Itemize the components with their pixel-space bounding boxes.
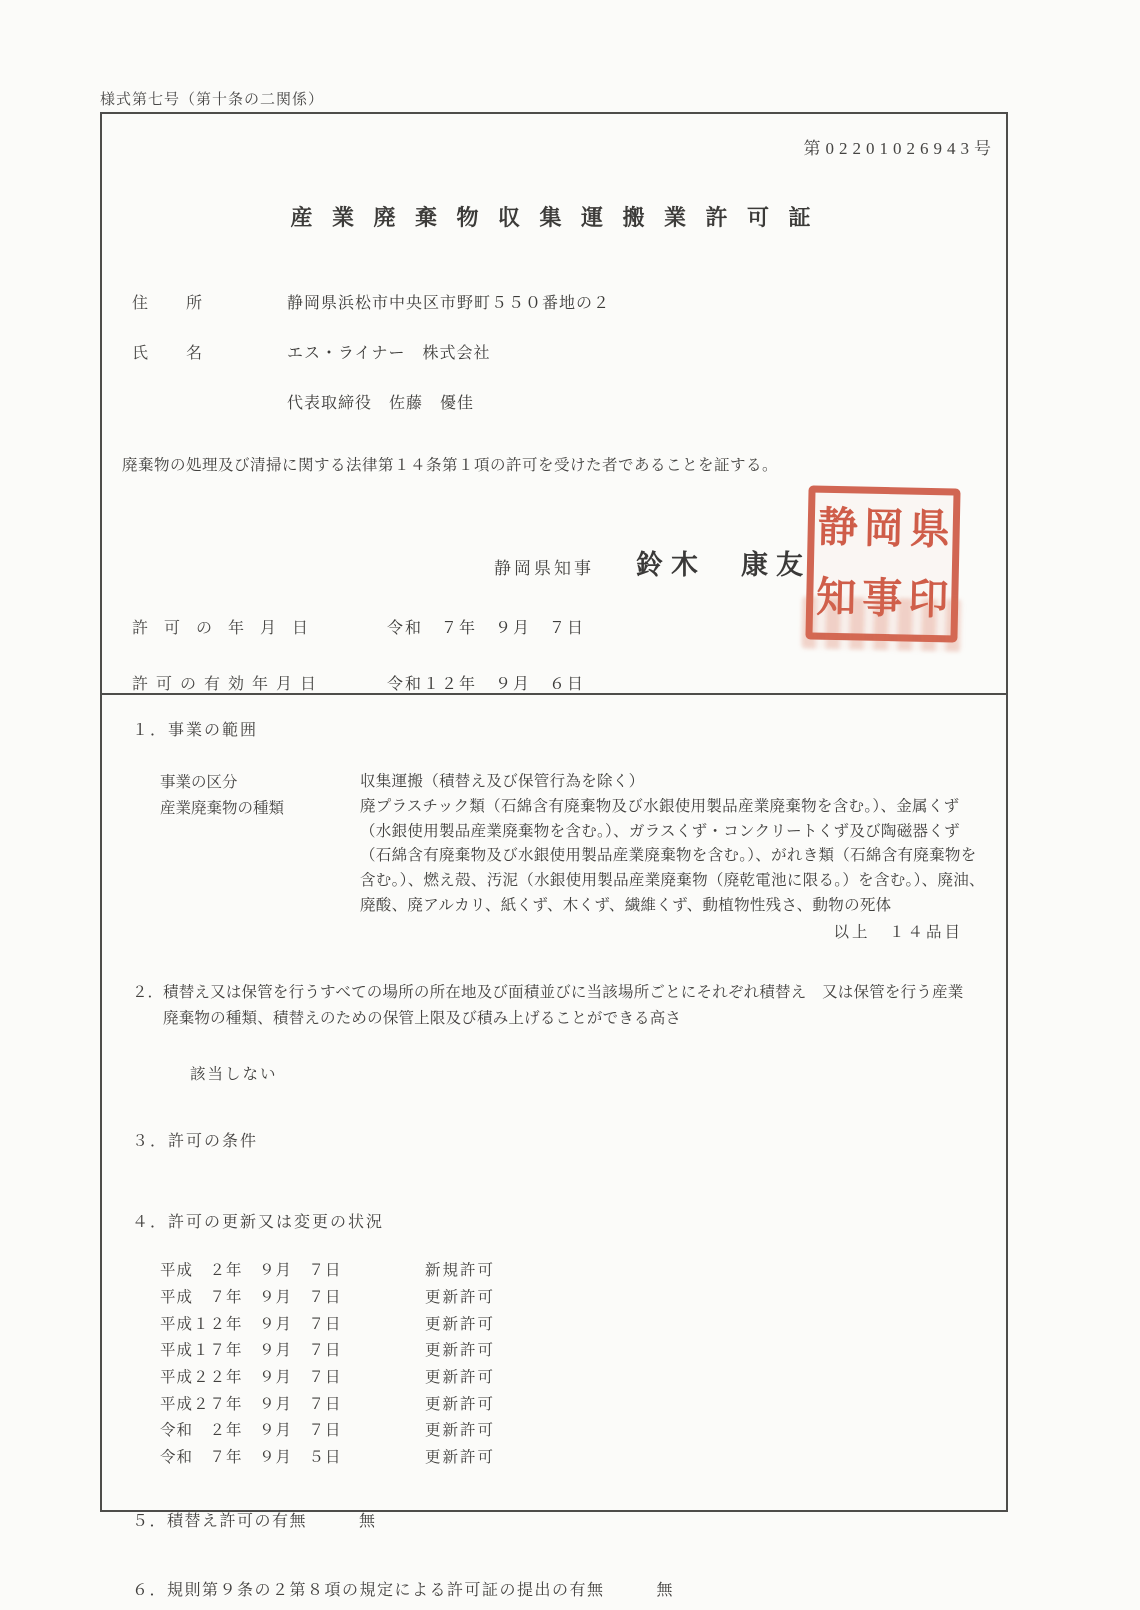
- history-row: 平成２７年 ９月 ７日 更新許可: [160, 1392, 1006, 1419]
- name-row: 氏 名 エス・ライナー 株式会社: [102, 340, 1006, 363]
- section5-label: ５．積替え許可の有無: [132, 1508, 307, 1531]
- history-date: 平成１７年 ９月 ７日: [160, 1338, 425, 1365]
- seal-char: 岡: [863, 508, 904, 551]
- history-type: 新規許可: [425, 1258, 495, 1285]
- business-scope-block: 事業の区分 産業廃棄物の種類 収集運搬（積替え及び保管行為を除く） 廃プラスチッ…: [102, 770, 1006, 946]
- history-row: 平成２２年 ９月 ７日 更新許可: [160, 1365, 1006, 1392]
- history-type: 更新許可: [425, 1418, 495, 1445]
- seal-char: 静: [817, 507, 858, 550]
- expiry-date-label: 許 可 の 有 効 年 月 日: [132, 671, 387, 694]
- expiry-date-row: 許 可 の 有 効 年 月 日 令和１２年 ９月 ６日: [102, 671, 1006, 694]
- section2-text-row: ２． 積替え又は保管を行うすべての場所の所在地及び面積並びに当該場所ごとにそれぞ…: [132, 980, 976, 1033]
- history-row: 平成１２年 ９月 ７日 更新許可: [160, 1312, 1006, 1339]
- history-type: 更新許可: [425, 1285, 495, 1312]
- seal-char: 県: [909, 509, 950, 552]
- permit-number: 第02201026943号: [102, 114, 1006, 159]
- section6-label: ６．規則第９条の２第８項の規定による許可証の提出の有無: [132, 1577, 605, 1600]
- history-date: 平成 ２年 ９月 ７日: [160, 1258, 425, 1285]
- history-type: 更新許可: [425, 1312, 495, 1339]
- section1-heading: １．事業の範囲: [102, 695, 1006, 740]
- permit-detail-section: １．事業の範囲 事業の区分 産業廃棄物の種類 収集運搬（積替え及び保管行為を除く…: [102, 695, 1006, 1600]
- scanned-permit-document: 様式第七号（第十条の二関係） 第02201026943号 産 業 廃 棄 物 収…: [0, 0, 1140, 1610]
- section5-row: ５．積替え許可の有無 無: [102, 1508, 1006, 1531]
- history-date: 平成２２年 ９月 ７日: [160, 1365, 425, 1392]
- name-label: 氏 名: [132, 340, 287, 363]
- form-number-label: 様式第七号（第十条の二関係）: [100, 88, 324, 109]
- permit-history-table: 平成 ２年 ９月 ７日 新規許可 平成 ７年 ９月 ７日 更新許可 平成１２年 …: [102, 1258, 1006, 1471]
- representative-row: 代表取締役 佐藤 優佳: [102, 390, 1006, 413]
- faint-second-seal-impression: [801, 596, 962, 651]
- section2-answer: 該当しない: [132, 1062, 976, 1084]
- business-category-label: 事業の区分: [160, 770, 360, 796]
- expiry-date-value: 令和１２年 ９月 ６日: [387, 671, 585, 694]
- scope-labels: 事業の区分 産業廃棄物の種類: [160, 770, 360, 946]
- holder-info-block: 住 所 静岡県浜松市中央区市野町５５０番地の２ 氏 名 エス・ライナー 株式会社…: [102, 290, 1006, 413]
- representative-value: 代表取締役 佐藤 優佳: [287, 390, 474, 413]
- history-row: 平成１７年 ９月 ７日 更新許可: [160, 1338, 1006, 1365]
- address-label: 住 所: [132, 290, 287, 313]
- section2-number: ２．: [132, 980, 163, 1033]
- certification-statement: 廃棄物の処理及び清掃に関する法律第１４条第１項の許可を受けた者であることを証する…: [102, 453, 1006, 475]
- issuer-title: 静岡県知事: [494, 554, 594, 579]
- history-type: 更新許可: [425, 1445, 495, 1472]
- permit-header-section: 第02201026943号 産 業 廃 棄 物 収 集 運 搬 業 許 可 証 …: [102, 114, 1006, 695]
- scope-values: 収集運搬（積替え及び保管行為を除く） 廃プラスチック類（石綿含有廃棄物及び水銀使…: [360, 770, 985, 946]
- issuer-name: 鈴木 康友: [636, 543, 811, 582]
- permit-date-value: 令和 ７年 ９月 ７日: [387, 615, 585, 638]
- section4-heading: ４．許可の更新又は変更の状況: [102, 1209, 1006, 1232]
- section6-answer: 無: [657, 1577, 674, 1600]
- address-value: 静岡県浜松市中央区市野町５５０番地の２: [287, 290, 610, 313]
- permit-date-label: 許 可 の 年 月 日: [132, 615, 387, 638]
- history-date: 平成 ７年 ９月 ７日: [160, 1285, 425, 1312]
- history-date: 平成１２年 ９月 ７日: [160, 1312, 425, 1339]
- waste-types-total: 以上 １４品目: [360, 921, 985, 946]
- history-type: 更新許可: [425, 1338, 495, 1365]
- representative-label-spacer: [132, 390, 287, 413]
- waste-types-label: 産業廃棄物の種類: [160, 796, 360, 822]
- history-date: 令和 ２年 ９月 ７日: [160, 1418, 425, 1445]
- section3-heading: ３．許可の条件: [102, 1128, 1006, 1151]
- permit-sheet-border: 第02201026943号 産 業 廃 棄 物 収 集 運 搬 業 許 可 証 …: [100, 112, 1008, 1512]
- section5-answer: 無: [359, 1508, 376, 1531]
- history-type: 更新許可: [425, 1392, 495, 1419]
- history-date: 令和 ７年 ９月 ５日: [160, 1445, 425, 1472]
- history-date: 平成２７年 ９月 ７日: [160, 1392, 425, 1419]
- section2-text: 積替え又は保管を行うすべての場所の所在地及び面積並びに当該場所ごとにそれぞれ積替…: [163, 980, 976, 1033]
- history-row: 平成 ２年 ９月 ７日 新規許可: [160, 1258, 1006, 1285]
- company-name-value: エス・ライナー 株式会社: [287, 340, 491, 363]
- waste-types-value: 廃プラスチック類（石綿含有廃棄物及び水銀使用製品産業廃棄物を含む。）、金属くず（…: [360, 795, 985, 919]
- section6-row: ６．規則第９条の２第８項の規定による許可証の提出の有無 無: [102, 1577, 1006, 1600]
- section2-block: ２． 積替え又は保管を行うすべての場所の所在地及び面積並びに当該場所ごとにそれぞ…: [102, 980, 1006, 1085]
- permit-title: 産 業 廃 棄 物 収 集 運 搬 業 許 可 証: [102, 201, 1006, 232]
- history-row: 平成 ７年 ９月 ７日 更新許可: [160, 1285, 1006, 1312]
- history-row: 令和 ２年 ９月 ７日 更新許可: [160, 1418, 1006, 1445]
- address-row: 住 所 静岡県浜松市中央区市野町５５０番地の２: [102, 290, 1006, 313]
- history-row: 令和 ７年 ９月 ５日 更新許可: [160, 1445, 1006, 1472]
- history-type: 更新許可: [425, 1365, 495, 1392]
- business-category-value: 収集運搬（積替え及び保管行為を除く）: [360, 770, 985, 795]
